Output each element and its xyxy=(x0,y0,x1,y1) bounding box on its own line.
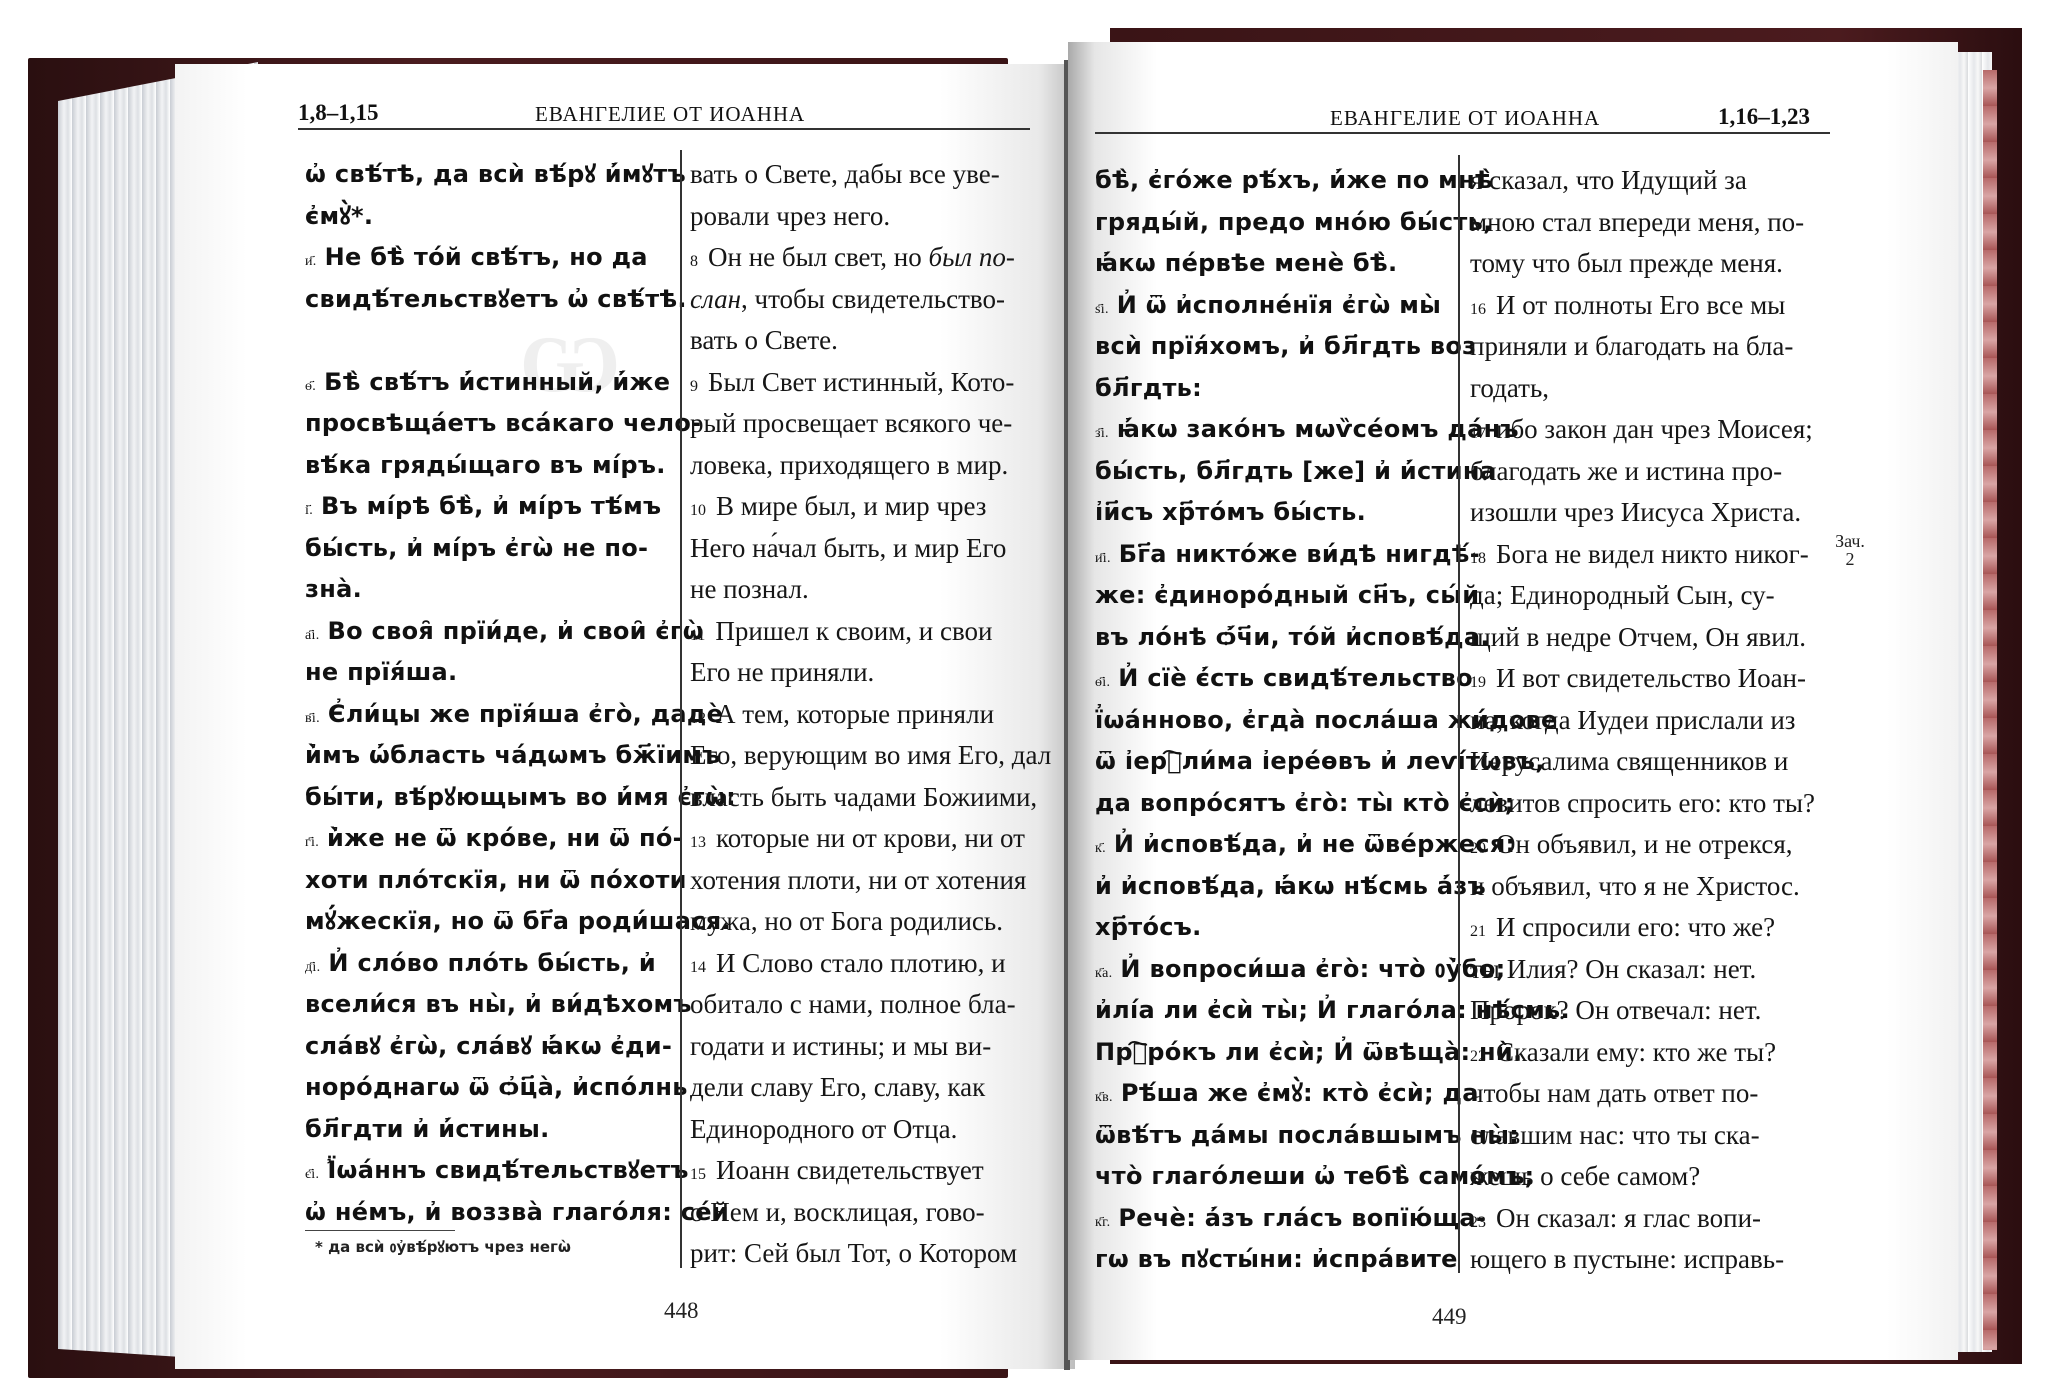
text-line: изошли чрез Иисуса Христа. xyxy=(1470,492,1830,534)
red-page-edge xyxy=(1983,70,1997,1350)
text-line: ѳ҃.Бѣ̀ свѣ́тъ и҆́стинный, и҆́же xyxy=(305,362,675,404)
line-text: Рѣ́ша же є҆мꙋ̀: кто̀ є҆сѝ; да xyxy=(1121,1079,1479,1107)
line-text: И Слово стало плотию, и xyxy=(716,948,1006,978)
line-text: Пришел к своим, и свои xyxy=(715,616,992,646)
verse-number: 21 xyxy=(1470,923,1486,940)
text-line: годати и истины; и мы ви- xyxy=(690,1026,1040,1068)
left-russian-column: вать о Свете, дабы все уве-ровали чрез н… xyxy=(690,154,1040,1275)
text-line: 20Он объявил, и не отрекся, xyxy=(1470,824,1830,866)
line-text: Бг҃а никто́же ви́дѣ нигдѣ́- xyxy=(1119,540,1480,568)
text-line: 21И спросили его: что же? xyxy=(1470,907,1830,949)
line-text: рит: Сей был Тот, о Котором xyxy=(690,1238,1017,1268)
italic-text: был по- xyxy=(929,242,1015,272)
italic-text: слан xyxy=(690,284,741,314)
line-text: ѡ҆ не́мъ, и҆ воззва̀ глаго́ля: се́й xyxy=(305,1198,729,1226)
text-line: и҆лі́а ли є҆сѝ ты̀; И҆ глаго́ла: нѣ́смь. xyxy=(1095,990,1455,1032)
line-text: я сказал, что Идущий за xyxy=(1470,165,1747,195)
text-line: 18Бога не видел никто никог- xyxy=(1470,534,1830,576)
verse-number: к҃а. xyxy=(1095,966,1112,981)
verse-number: в҃і. xyxy=(305,711,320,726)
left-running-head: ЕВАНГЕЛИЕ ОТ ИОАННА xyxy=(535,102,805,127)
line-text: благодать же и истина про- xyxy=(1470,456,1782,486)
line-text: норо́днагѡ ѿ ѻ҆ц҃а̀, и҆спо́лнь xyxy=(305,1073,688,1101)
verse-number: є҃і. xyxy=(305,1167,319,1182)
text-line: о Нем и, восклицая, гово- xyxy=(690,1192,1040,1234)
text-line: к҃в.Рѣ́ша же є҆мꙋ̀: кто̀ є҆сѝ; да xyxy=(1095,1073,1455,1115)
text-line: г҃і.и҆̀же не ѿ кро́ве, ни ѿ по́- xyxy=(305,818,675,860)
text-line: и҆̀мъ ѡ҆́бласть ча́дѡмъ бж҃їимъ xyxy=(305,735,675,777)
text-line: власть быть чадами Божиими, xyxy=(690,777,1040,819)
text-line: ѳ҃і.И҆ сїѐ є҆́сть свидѣ́тельство xyxy=(1095,658,1455,700)
line-text: хотения плоти, ни от хотения xyxy=(690,865,1026,895)
text-line: в҃і.Є҆ли́цы же прїя́ша є҆го̀, дадѐ xyxy=(305,694,675,736)
line-text: Он объявил, и не отрекся, xyxy=(1496,829,1793,859)
line-text: всели́ся въ ны̀, и҆ ви́дѣхомъ xyxy=(305,990,692,1018)
line-text: ꙗ҆́кѡ пе́рвѣе менѐ бѣ̀. xyxy=(1095,249,1397,277)
text-line: хоти пло́тскїя, ни ѿ по́хоти xyxy=(305,860,675,902)
line-text: Иерусалима священников и xyxy=(1470,746,1788,776)
line-text: хр҃то́съ. xyxy=(1095,913,1202,941)
left-slavonic-column: ѡ҆ свѣ́тѣ, да всѝ вѣ́рꙋ и҆́мꙋтъє҆мꙋ̀*.и҃… xyxy=(305,154,675,1233)
line-text: Пророк? Он отвечал: нет. xyxy=(1470,995,1761,1025)
verse-number: 16 xyxy=(1470,301,1486,318)
line-text: В мире был, и мир чрез xyxy=(716,491,986,521)
text-line: не прїя́ша. xyxy=(305,652,675,694)
line-text: мꙋ́жескїя, но ѿ бг҃а роди́шася. xyxy=(305,907,731,935)
text-line: просвѣща́етъ вса́каго чело- xyxy=(305,403,675,445)
text-line: да; Единородный Сын, су- xyxy=(1470,575,1830,617)
text-line: з҃і.ꙗ҆́кѡ зако́нъ мѡѷсе́омъ да́нъ xyxy=(1095,409,1455,451)
line-text: дели славу Его, славу, как xyxy=(690,1072,985,1102)
line-text: тому что был прежде меня. xyxy=(1470,248,1783,278)
zachalo-number: 2 xyxy=(1828,550,1872,568)
verse-number: и҃. xyxy=(305,254,317,269)
text-line: ловека, приходящего в мир. xyxy=(690,445,1040,487)
text-line: жешь о себе самом? xyxy=(1470,1156,1830,1198)
text-line: норо́днагѡ ѿ ѻ҆ц҃а̀, и҆спо́лнь xyxy=(305,1067,675,1109)
line-text: И҆ и҆сповѣ́да, и҆ не ѿве́ржеся: xyxy=(1114,830,1516,858)
line-text: мужа, но от Бога родились. xyxy=(690,906,1003,936)
text-line: приняли и благодать на бла- xyxy=(1470,326,1830,368)
text-line: и҃.Не бѣ̀ то́й свѣ́тъ, но да xyxy=(305,237,675,279)
text-line: слан, чтобы свидетельство- xyxy=(690,279,1040,321)
line-text: Его не приняли. xyxy=(690,657,874,687)
line-text: бѣ̀, є҆го́же рѣ́хъ, и҆́же по мнѣ̀ xyxy=(1095,166,1493,194)
line-text: И҆ ѿ и҆сполне́нїя є҆гѡ̀ мы̀ xyxy=(1117,291,1441,319)
text-line: вать о Свете, дабы все уве- xyxy=(690,154,1040,196)
right-verse-range: 1,16–1,23 xyxy=(1718,104,1810,130)
verse-number: 9 xyxy=(690,378,698,395)
verse-number: 14 xyxy=(690,959,706,976)
text-line: хотения плоти, ни от хотения xyxy=(690,860,1040,902)
verse-number: 18 xyxy=(1470,550,1486,567)
text-line: бы́сть, бл҃гдть [же] и҆ и҆́стина xyxy=(1095,451,1455,493)
text-line: 22Сказали ему: кто же ты? xyxy=(1470,1032,1830,1074)
line-text: Был Свет истинный, Кото- xyxy=(708,367,1014,397)
line-text: Речѐ: а҆́зъ гла́съ вопїю́ща- xyxy=(1118,1204,1486,1232)
line-text: і҆и҃съ хр҃то́мъ бы́сть. xyxy=(1095,498,1366,526)
line-text: ѿвѣ́тъ да́мы посла́вшымъ ны̀: xyxy=(1095,1121,1519,1149)
text-line: к҃а.И҆ вопроси́ша є҆го̀: что̀ ᲂу҆̀бо; xyxy=(1095,949,1455,991)
text-line: 8Он не был свет, но был по- xyxy=(690,237,1040,279)
text-line: славшим нас: что ты ска- xyxy=(1470,1115,1830,1157)
verse-number: д҃і. xyxy=(305,960,320,975)
text-line: что̀ глаго́леши ѡ҆ тебѣ̀ само́мъ; xyxy=(1095,1156,1455,1198)
text-line: гряды́й, предо мно́ю бы́сть, xyxy=(1095,202,1455,244)
line-text: и҆̀же не ѿ кро́ве, ни ѿ по́- xyxy=(327,824,683,852)
text-line: свидѣ́тельствꙋетъ ѡ҆ свѣ́тѣ. xyxy=(305,279,675,321)
line-text: бы́сть, и҆ мі́ръ є҆гѡ̀ не по- xyxy=(305,534,648,562)
text-line: 16И от полноты Его все мы xyxy=(1470,285,1830,327)
right-running-head: ЕВАНГЕЛИЕ ОТ ИОАННА xyxy=(1330,106,1600,131)
text-line: 17ибо закон дан чрез Моисея; xyxy=(1470,409,1830,451)
text-line: 12А тем, которые приняли xyxy=(690,694,1040,736)
text-line: Его не приняли. xyxy=(690,652,1040,694)
verse-number: 20 xyxy=(1470,840,1486,857)
text-line: я сказал, что Идущий за xyxy=(1470,160,1830,202)
line-text: И҆ сїѐ є҆́сть свидѣ́тельство xyxy=(1118,664,1473,692)
verse-number: 15 xyxy=(690,1166,706,1183)
line-text: рый просвещает всякого че- xyxy=(690,408,1012,438)
line-text: хоти пло́тскїя, ни ѿ по́хоти xyxy=(305,866,687,894)
line-text: , чтобы свидетельство- xyxy=(741,284,1005,314)
text-line: к҃г.Речѐ: а҆́зъ гла́съ вопїю́ща- xyxy=(1095,1198,1455,1240)
text-line: да вопро́сятъ є҆го̀: ты̀ кто̀ є҆сѝ; xyxy=(1095,783,1455,825)
line-text: обитало с нами, полное бла- xyxy=(690,989,1016,1019)
line-text: власть быть чадами Божиими, xyxy=(690,782,1037,812)
text-line: щий в недре Отчем, Он явил. xyxy=(1470,617,1830,659)
text-line: рит: Сей был Тот, о Котором xyxy=(690,1233,1040,1275)
line-text: ющего в пустыне: исправь- xyxy=(1470,1244,1784,1274)
right-slavonic-column: бѣ̀, є҆го́же рѣ́хъ, и҆́же по мнѣ̀гряды́й… xyxy=(1095,160,1455,1281)
verse-number: 19 xyxy=(1470,674,1486,691)
verse-number: к҃г. xyxy=(1095,1215,1110,1230)
verse-number: 22 xyxy=(1470,1048,1486,1065)
line-text: Его, верующим во имя Его, дал xyxy=(690,740,1051,770)
line-text: сла́вꙋ є҆гѡ̀, сла́вꙋ ꙗ҆́кѡ є҆ди- xyxy=(305,1032,672,1060)
line-text: Он сказал: я глас вопи- xyxy=(1496,1203,1761,1233)
verse-number: 10 xyxy=(690,502,706,519)
left-header-rule xyxy=(298,128,1030,130)
line-text: Во своя̑ прїи́де, и҆ свои̑ є҆гѡ̀ xyxy=(328,617,704,645)
line-text: И спросили его: что же? xyxy=(1496,912,1775,942)
left-column-divider xyxy=(680,150,682,1268)
text-line: на, когда Иудеи прислали из xyxy=(1470,700,1830,742)
verse-number: з҃і. xyxy=(1095,426,1109,441)
line-text: левитов спросить его: кто ты? xyxy=(1470,788,1815,818)
line-text: Иоанн свидетельствует xyxy=(716,1155,984,1185)
text-line: гѡ въ пꙋсты́ни: и҆спра́вите xyxy=(1095,1239,1455,1281)
text-line: 10В мире был, и мир чрез xyxy=(690,486,1040,528)
line-text: не познал. xyxy=(690,574,809,604)
text-line: тому что был прежде меня. xyxy=(1470,243,1830,285)
text-line: 23Он сказал: я глас вопи- xyxy=(1470,1198,1830,1240)
line-text: свидѣ́тельствꙋетъ ѡ҆ свѣ́тѣ. xyxy=(305,285,687,313)
verse-number: ѕ҃і. xyxy=(1095,302,1109,317)
line-text: бы́сть, бл҃гдть [же] и҆ и҆́стина xyxy=(1095,457,1496,485)
verse-number: г҃і. xyxy=(305,835,319,850)
text-line: всели́ся въ ны̀, и҆ ви́дѣхомъ xyxy=(305,984,675,1026)
text-line: 15Иоанн свидетельствует xyxy=(690,1150,1040,1192)
text-line xyxy=(305,320,675,362)
line-text: ровали чрез него. xyxy=(690,201,890,231)
line-text: вать о Свете. xyxy=(690,325,838,355)
line-text: И҆ сло́во пло́ть бы́сть, и҆ xyxy=(328,949,656,977)
line-text: И от полноты Его все мы xyxy=(1496,290,1785,320)
text-line: є҃і.Ї҆ѡа́ннъ свидѣ́тельствꙋетъ xyxy=(305,1150,675,1192)
line-text: вать о Свете, дабы все уве- xyxy=(690,159,1000,189)
page-number-right: 449 xyxy=(1432,1304,1467,1330)
line-text: гѡ въ пꙋсты́ни: и҆спра́вите xyxy=(1095,1245,1458,1273)
line-text: щий в недре Отчем, Он явил. xyxy=(1470,622,1806,652)
line-text: Въ мі́рѣ бѣ̀, и҆ мі́ръ тѣ́мъ xyxy=(321,492,661,520)
line-text: И вот свидетельство Иоан- xyxy=(1496,663,1806,693)
line-text: ибо закон дан чрез Моисея; xyxy=(1496,414,1813,444)
text-line: рый просвещает всякого че- xyxy=(690,403,1040,445)
line-text: славшим нас: что ты ска- xyxy=(1470,1120,1760,1150)
line-text: є҆мꙋ̀*. xyxy=(305,202,373,230)
text-line: 19И вот свидетельство Иоан- xyxy=(1470,658,1830,700)
verse-number: 8 xyxy=(690,253,698,270)
right-header-rule xyxy=(1095,132,1830,134)
zachalo-label: Зач. xyxy=(1828,532,1872,550)
text-line: хр҃то́съ. xyxy=(1095,907,1455,949)
footnote: * да всѝ ᲂу҆вѣ́рꙋютъ чрез негѡ̀ xyxy=(315,1237,571,1257)
line-text: Единородного от Отца. xyxy=(690,1114,957,1144)
text-line: сла́вꙋ є҆гѡ̀, сла́вꙋ ꙗ҆́кѡ є҆ди- xyxy=(305,1026,675,1068)
text-line: левитов спросить его: кто ты? xyxy=(1470,783,1830,825)
text-line: бы́ти, вѣ́рꙋющымъ во и҆́мя є҆гѡ̀: xyxy=(305,777,675,819)
text-line: ї҆ѡа́нново, є҆гда̀ посла́ша жи́дове xyxy=(1095,700,1455,742)
text-line: а҃і.Во своя̑ прїи́де, и҆ свои̑ є҆гѡ̀ xyxy=(305,611,675,653)
text-line: и объявил, что я не Христос. xyxy=(1470,866,1830,908)
text-line: ѕ҃і.И҆ ѿ и҆сполне́нїя є҆гѡ̀ мы̀ xyxy=(1095,285,1455,327)
text-line: і҃.Въ мі́рѣ бѣ̀, и҆ мі́ръ тѣ́мъ xyxy=(305,486,675,528)
footnote-rule xyxy=(305,1230,455,1231)
text-line: же: є҆диноро́дный сн҃ъ, сы́й xyxy=(1095,575,1455,617)
verse-number: и҃і. xyxy=(1095,551,1111,566)
line-text: Сказали ему: кто же ты? xyxy=(1496,1037,1776,1067)
text-line: годать, xyxy=(1470,368,1830,410)
text-line: вать о Свете. xyxy=(690,320,1040,362)
line-text: жешь о себе самом? xyxy=(1470,1161,1700,1191)
line-text: просвѣща́етъ вса́каго чело- xyxy=(305,409,701,437)
line-text: на, когда Иудеи прислали из xyxy=(1470,705,1795,735)
text-line: благодать же и истина про- xyxy=(1470,451,1830,493)
verse-number: ѳ҃. xyxy=(305,379,316,394)
line-text: Он не был свет, но xyxy=(708,242,929,272)
text-line: мною стал впереди меня, по- xyxy=(1470,202,1830,244)
line-text: Не бѣ̀ то́й свѣ́тъ, но да xyxy=(325,243,648,271)
text-line: 14И Слово стало плотию, и xyxy=(690,943,1040,985)
text-line: д҃і.И҆ сло́во пло́ть бы́сть, и҆ xyxy=(305,943,675,985)
text-line: зна̀. xyxy=(305,569,675,611)
text-line: обитало с нами, полное бла- xyxy=(690,984,1040,1026)
text-line: ровали чрез него. xyxy=(690,196,1040,238)
verse-number: а҃і. xyxy=(305,628,320,643)
text-line: 9Был Свет истинный, Кото- xyxy=(690,362,1040,404)
line-text: мною стал впереди меня, по- xyxy=(1470,207,1804,237)
line-text: Бога не видел никто никог- xyxy=(1496,539,1809,569)
verse-number: 11 xyxy=(690,627,705,644)
line-text: зна̀. xyxy=(305,575,362,603)
line-text: бл҃гдть: xyxy=(1095,374,1202,402)
line-text: бы́ти, вѣ́рꙋющымъ во и҆́мя є҆гѡ̀: xyxy=(305,783,736,811)
line-text: изошли чрез Иисуса Христа. xyxy=(1470,497,1801,527)
text-line: бл҃гдть: xyxy=(1095,368,1455,410)
text-line: ѿвѣ́тъ да́мы посла́вшымъ ны̀: xyxy=(1095,1115,1455,1157)
line-text: Него на́чал быть, и мир Его xyxy=(690,533,1006,563)
verse-number: к҃в. xyxy=(1095,1090,1113,1105)
line-text: А тем, которые приняли xyxy=(716,699,994,729)
text-line: 13которые ни от крови, ни от xyxy=(690,818,1040,860)
text-line: Его, верующим во имя Его, дал xyxy=(690,735,1040,777)
verse-number: і҃. xyxy=(305,503,313,518)
text-line: і҆и҃съ хр҃то́мъ бы́сть. xyxy=(1095,492,1455,534)
text-line: Единородного от Отца. xyxy=(690,1109,1040,1151)
text-line: ꙗ҆́кѡ пе́рвѣе менѐ бѣ̀. xyxy=(1095,243,1455,285)
text-line: вѣ́ка гряды́щаго въ мі́ръ. xyxy=(305,445,675,487)
text-line: 11Пришел к своим, и свои xyxy=(690,611,1040,653)
text-line: ѡ҆ не́мъ, и҆ воззва̀ глаго́ля: се́й xyxy=(305,1192,675,1234)
text-line: є҆мꙋ̀*. xyxy=(305,196,675,238)
verse-number: 23 xyxy=(1470,1214,1486,1231)
line-text: и объявил, что я не Христос. xyxy=(1470,871,1800,901)
line-text: И҆ вопроси́ша є҆го̀: что̀ ᲂу҆̀бо; xyxy=(1120,955,1505,983)
text-line: и҃і.Бг҃а никто́же ви́дѣ нигдѣ́- xyxy=(1095,534,1455,576)
text-line: всѝ прїя́хомъ, и҆ бл҃гдть воз xyxy=(1095,326,1455,368)
line-text: Бѣ̀ свѣ́тъ и҆́стинный, и҆́же xyxy=(324,368,670,396)
page-number-left: 448 xyxy=(664,1298,699,1324)
line-text: всѝ прїя́хомъ, и҆ бл҃гдть воз xyxy=(1095,332,1476,360)
text-line: Него на́чал быть, и мир Его xyxy=(690,528,1040,570)
text-line: дели славу Его, славу, как xyxy=(690,1067,1040,1109)
text-line: ѡ҆ свѣ́тѣ, да всѝ вѣ́рꙋ и҆́мꙋтъ xyxy=(305,154,675,196)
zachalo-margin-note: Зач. 2 xyxy=(1828,532,1872,568)
line-text: что̀ глаго́леши ѡ҆ тебѣ̀ само́мъ; xyxy=(1095,1162,1534,1190)
text-line: Иерусалима священников и xyxy=(1470,741,1830,783)
line-text: да; Единородный Сын, су- xyxy=(1470,580,1775,610)
text-line: бы́сть, и҆ мі́ръ є҆гѡ̀ не по- xyxy=(305,528,675,570)
text-line: бѣ̀, є҆го́же рѣ́хъ, и҆́же по мнѣ̀ xyxy=(1095,160,1455,202)
line-text: и҆ и҆сповѣ́да, ꙗ҆́кѡ нѣ́смь а҆́зъ xyxy=(1095,872,1486,900)
line-text: приняли и благодать на бла- xyxy=(1470,331,1793,361)
text-line: мꙋ́жескїя, но ѿ бг҃а роди́шася. xyxy=(305,901,675,943)
line-text: да вопро́сятъ є҆го̀: ты̀ кто̀ є҆сѝ; xyxy=(1095,789,1515,817)
text-line: въ ло́нѣ ѻ҆́ч҃и, то́й и҆сповѣ́да. xyxy=(1095,617,1455,659)
verse-number: 13 xyxy=(690,834,706,851)
verse-number: 12 xyxy=(690,710,706,727)
text-line: к҃.И҆ и҆сповѣ́да, и҆ не ѿве́ржеся: xyxy=(1095,824,1455,866)
text-line: бл҃гдти и҆ и҆́стины. xyxy=(305,1109,675,1151)
text-line: ющего в пустыне: исправь- xyxy=(1470,1239,1830,1281)
line-text: бл҃гдти и҆ и҆́стины. xyxy=(305,1115,549,1143)
line-text: Є҆ли́цы же прїя́ша є҆го̀, дадѐ xyxy=(328,700,723,728)
line-text: которые ни от крови, ни от xyxy=(716,823,1025,853)
text-line: ты Илия? Он сказал: нет. xyxy=(1470,949,1830,991)
text-line: и҆ и҆сповѣ́да, ꙗ҆́кѡ нѣ́смь а҆́зъ xyxy=(1095,866,1455,908)
line-text: годать, xyxy=(1470,373,1549,403)
line-text: о Нем и, восклицая, гово- xyxy=(690,1197,985,1227)
verse-number: к҃. xyxy=(1095,841,1106,856)
text-line: ѿ і҆ерⷭ҇ли́ма і҆ере́ѳвъ и҆ леѵі́тѡвъ, xyxy=(1095,741,1455,783)
line-text: чтобы нам дать ответ по- xyxy=(1470,1078,1758,1108)
left-verse-range: 1,8–1,15 xyxy=(298,100,379,126)
text-line: Пророк? Он отвечал: нет. xyxy=(1470,990,1830,1032)
line-text: Ї҆ѡа́ннъ свидѣ́тельствꙋетъ xyxy=(327,1156,688,1184)
text-line: не познал. xyxy=(690,569,1040,611)
text-line: мужа, но от Бога родились. xyxy=(690,901,1040,943)
line-text: ловека, приходящего в мир. xyxy=(690,450,1008,480)
text-line: Прⷪ҇ро́къ ли є҆сѝ; И҆ ѿвѣща̀: нѝ. xyxy=(1095,1032,1455,1074)
line-text: гряды́й, предо мно́ю бы́сть, xyxy=(1095,208,1493,236)
line-text: въ ло́нѣ ѻ҆́ч҃и, то́й и҆сповѣ́да. xyxy=(1095,623,1490,651)
right-russian-column: я сказал, что Идущий замною стал впереди… xyxy=(1470,160,1830,1281)
verse-number: ѳ҃і. xyxy=(1095,675,1110,690)
line-text: ты Илия? Он сказал: нет. xyxy=(1470,954,1756,984)
right-column-divider xyxy=(1458,155,1460,1273)
text-line: чтобы нам дать ответ по- xyxy=(1470,1073,1830,1115)
line-text: не прїя́ша. xyxy=(305,658,457,686)
line-text: ѡ҆ свѣ́тѣ, да всѝ вѣ́рꙋ и҆́мꙋтъ xyxy=(305,160,686,188)
line-text: и҆̀мъ ѡ҆́бласть ча́дѡмъ бж҃їимъ xyxy=(305,741,721,769)
line-text: годати и истины; и мы ви- xyxy=(690,1031,991,1061)
line-text: же: є҆диноро́дный сн҃ъ, сы́й xyxy=(1095,581,1479,609)
line-text: вѣ́ка гряды́щаго въ мі́ръ. xyxy=(305,451,666,479)
verse-number: 17 xyxy=(1470,425,1486,442)
